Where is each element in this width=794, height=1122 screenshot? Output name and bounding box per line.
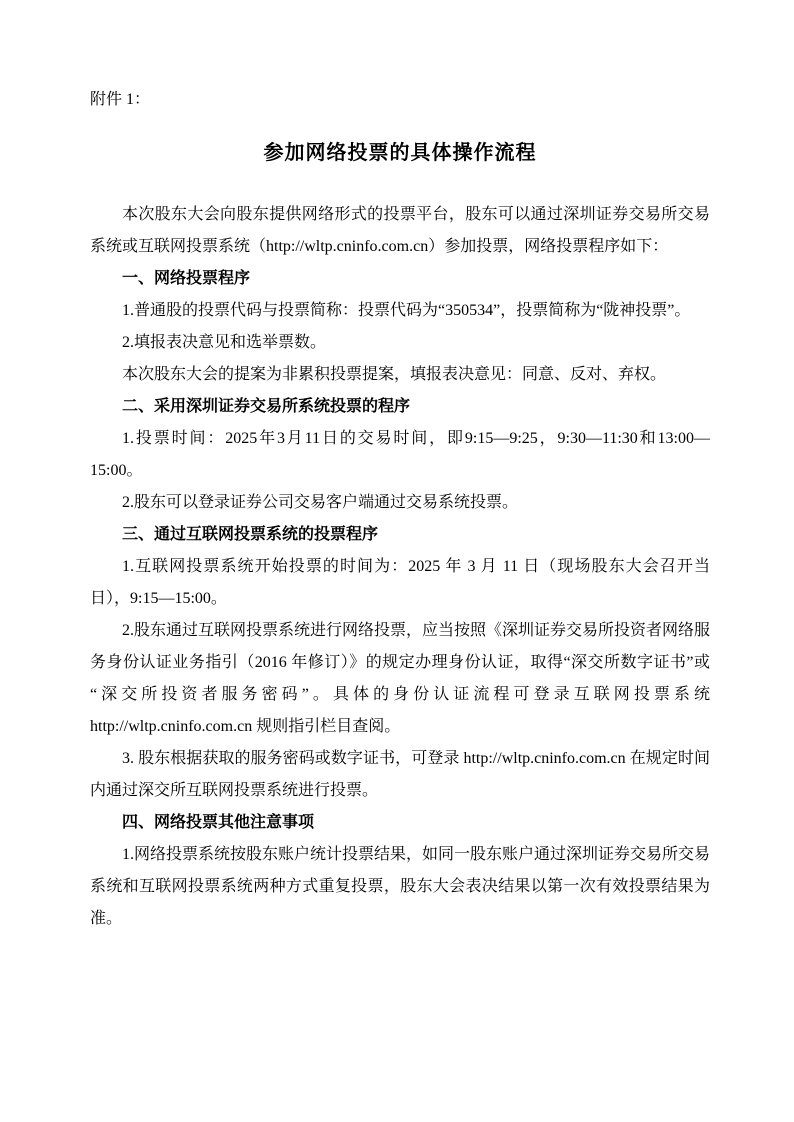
paragraph-fill-opinion: 2.填报表决意见和选举票数。 (90, 327, 710, 359)
paragraph-intro: 本次股东大会向股东提供网络形式的投票平台，股东可以通过深圳证券交易所交易系统或互… (90, 199, 710, 263)
section-heading-4: 四、网络投票其他注意事项 (90, 807, 710, 839)
document-body: 本次股东大会向股东提供网络形式的投票平台，股东可以通过深圳证券交易所交易系统或互… (90, 199, 710, 935)
section-heading-3: 三、通过互联网投票系统的投票程序 (90, 519, 710, 551)
paragraph-login-vote: 3. 股东根据获取的服务密码或数字证书，可登录 http://wltp.cnin… (90, 743, 710, 807)
paragraph-identity-auth: 2.股东通过互联网投票系统进行网络投票，应当按照《深圳证券交易所投资者网络服务身… (90, 615, 710, 743)
paragraph-proposal: 本次股东大会的提案为非累积投票提案，填报表决意见：同意、反对、弃权。 (90, 359, 710, 391)
section-heading-2: 二、采用深圳证券交易所系统投票的程序 (90, 391, 710, 423)
paragraph-vote-time: 1.投票时间：2025年3月11日的交易时间，即9:15—9:25，9:30—1… (90, 423, 710, 487)
document-page: 附件 1： 参加网络投票的具体操作流程 本次股东大会向股东提供网络形式的投票平台… (0, 0, 794, 1122)
paragraph-login-client: 2.股东可以登录证券公司交易客户端通过交易系统投票。 (90, 487, 710, 519)
section-heading-1: 一、网络投票程序 (90, 263, 710, 295)
paragraph-vote-code: 1.普通股的投票代码与投票简称：投票代码为“350534”，投票简称为“陇神投票… (90, 295, 710, 327)
paragraph-internet-time: 1.互联网投票系统开始投票的时间为：2025 年 3 月 11 日（现场股东大会… (90, 551, 710, 615)
page-title: 参加网络投票的具体操作流程 (90, 136, 710, 165)
paragraph-duplicate-vote: 1.网络投票系统按股东账户统计投票结果，如同一股东账户通过深圳证券交易所交易系统… (90, 839, 710, 935)
attachment-label: 附件 1： (90, 88, 710, 112)
